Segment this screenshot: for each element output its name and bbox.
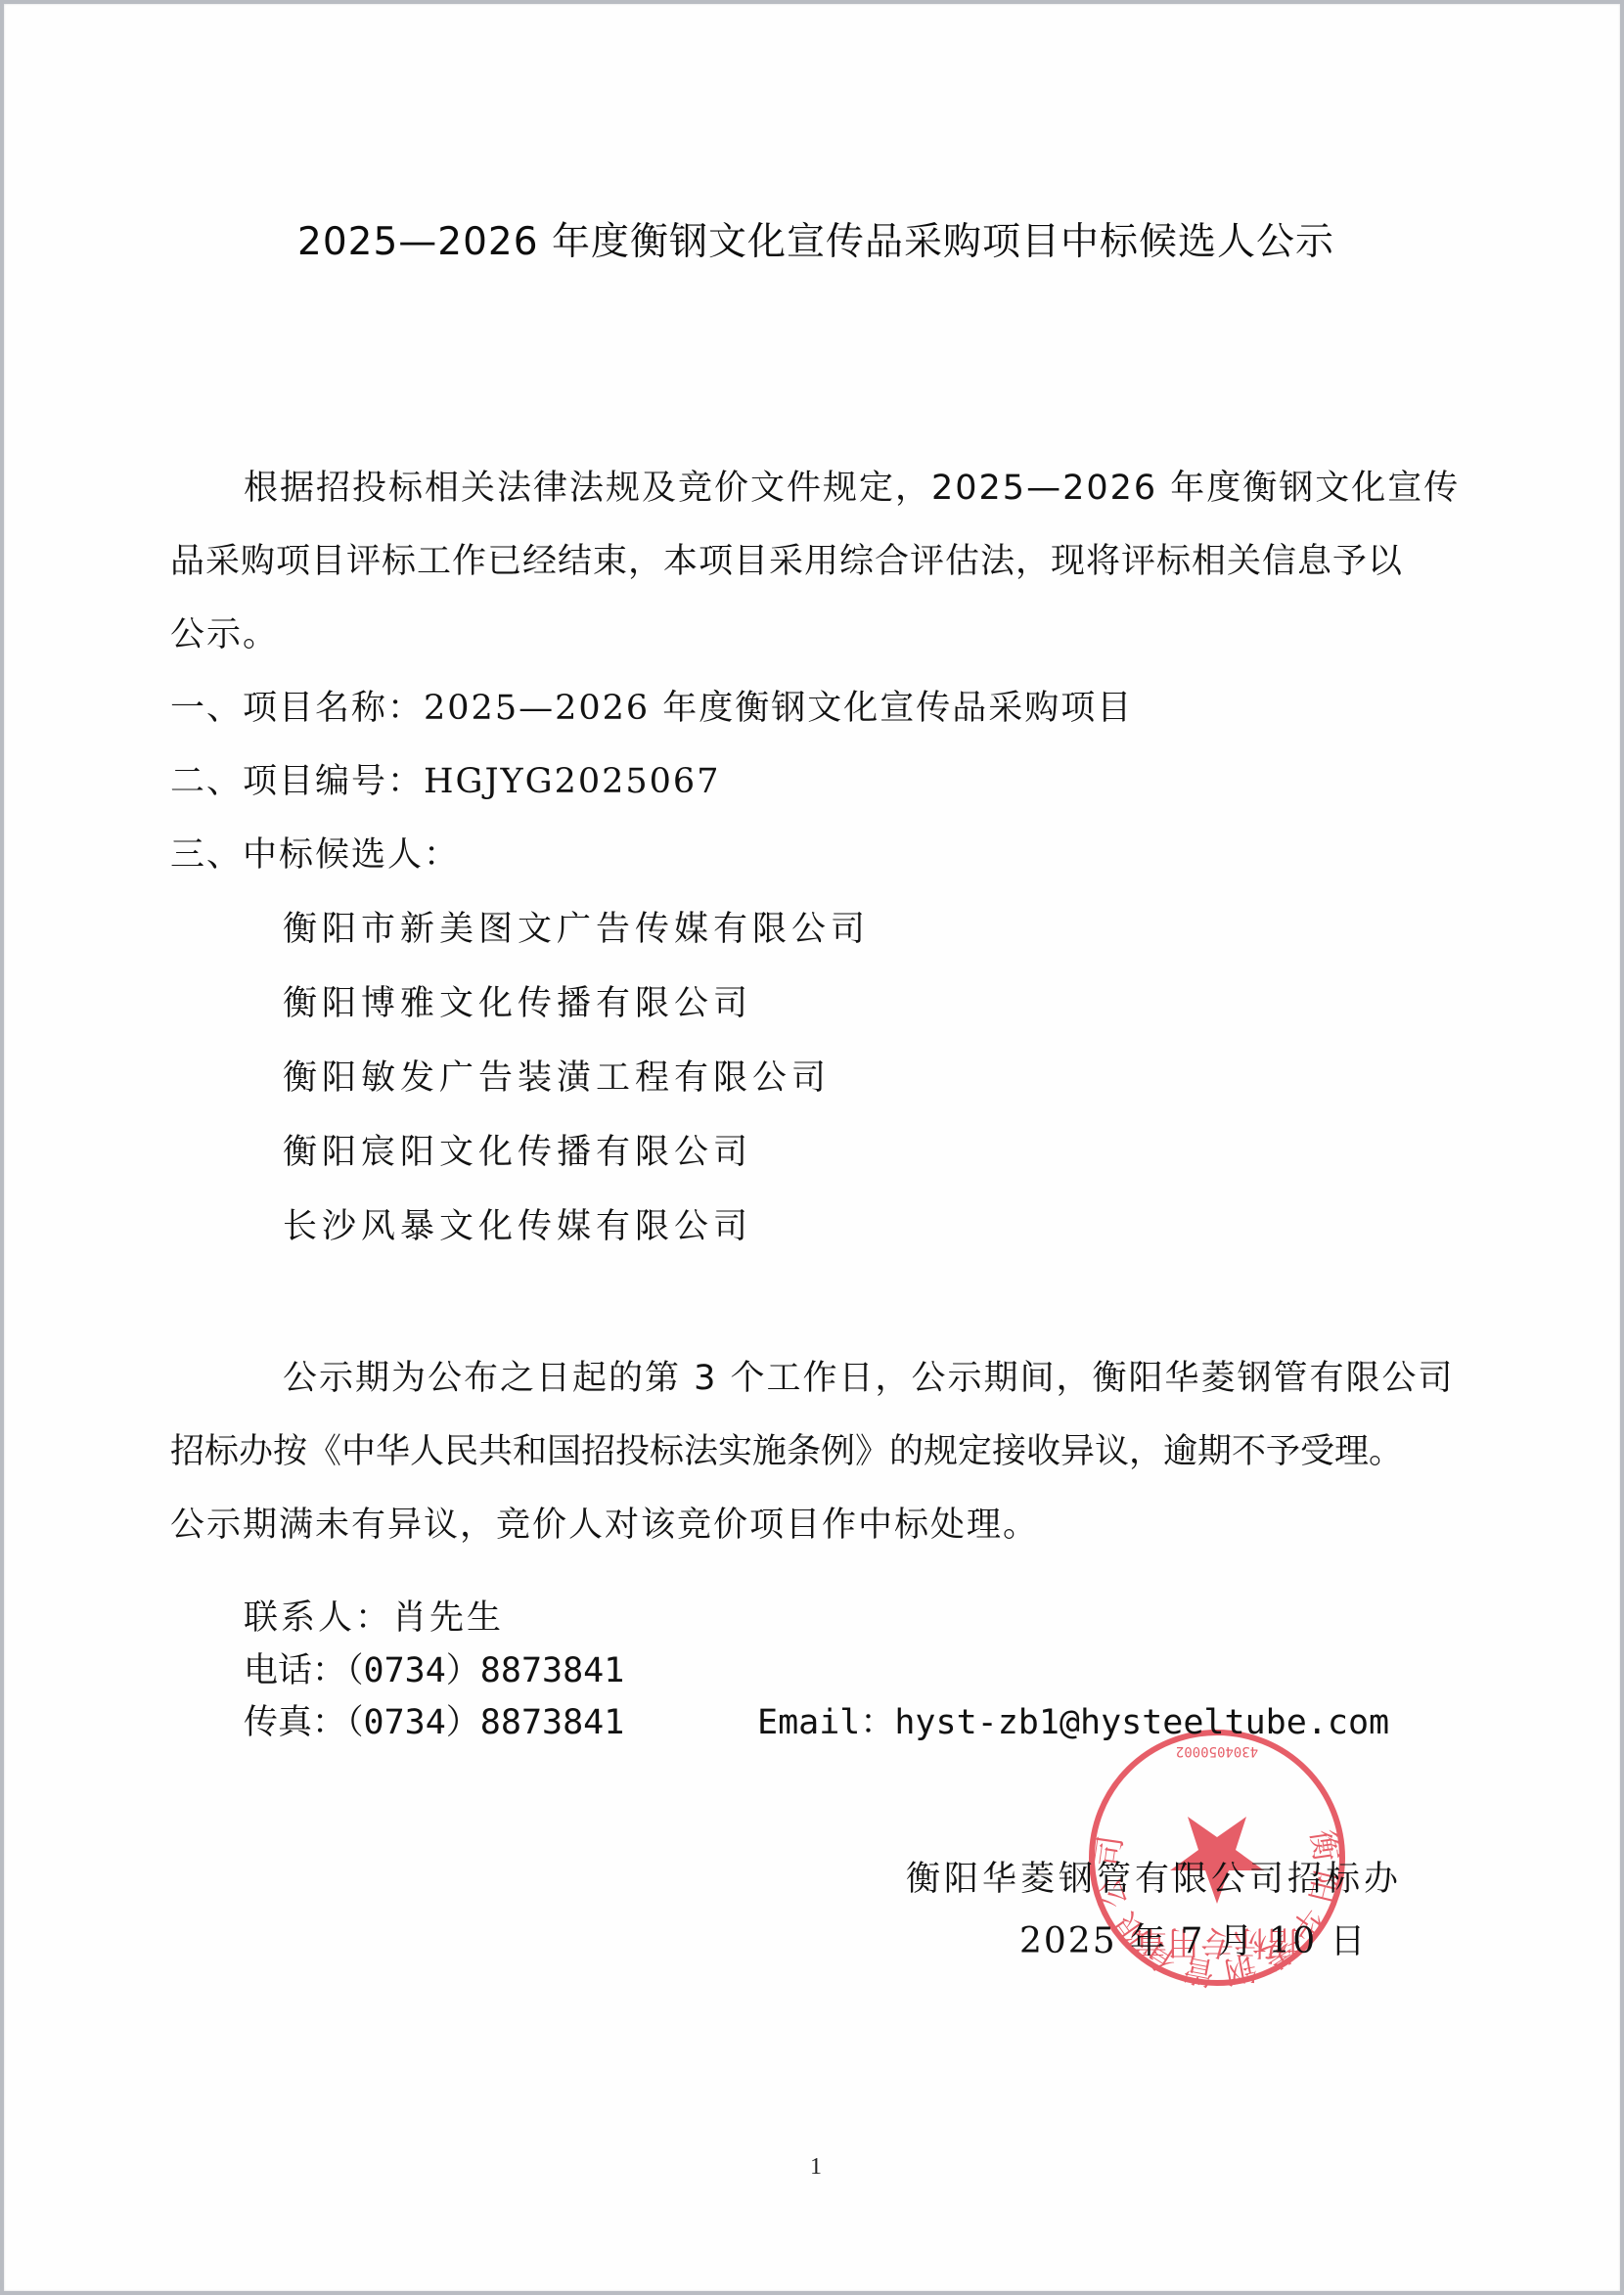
item-candidates-label: 三、中标候选人： [170,835,460,875]
contact-person-label: 联系人： [244,1598,392,1638]
candidate-item: 衡阳博雅文化传播有限公司 [283,987,752,1021]
item-project-number-label: 二、项目编号： [170,762,424,801]
notice-line-2: 招标办按《中华人民共和国招投标法实施条例》的规定接收异议，逾期不予受理。 [170,1435,1403,1469]
contact-email-label: Email： [757,1703,894,1742]
item-project-name-label: 一、项目名称： [170,689,424,728]
notice-line-1: 公示期为公布之日起的第 3 个工作日，公示期间，衡阳华菱钢管有限公司 [283,1362,1455,1396]
candidate-item: 衡阳宸阳文化传播有限公司 [283,1136,752,1170]
candidate-item: 衡阳敏发广告装潢工程有限公司 [283,1061,831,1096]
contact-email-value[interactable]: hyst-zb1@hysteeltube.com [894,1703,1389,1742]
intro-line-1: 根据招投标相关法律法规及竞价文件规定，2025—2026 年度衡钢文化宣传 [244,472,1460,506]
contact-fax-label: 传真： [244,1703,346,1742]
item-project-name: 一、项目名称：2025—2026 年度衡钢文化宣传品采购项目 [170,692,1133,726]
item-candidates-heading: 三、中标候选人： [170,838,460,873]
document-page: 2025—2026 年度衡钢文化宣传品采购项目中标候选人公示 根据招投标相关法律… [4,4,1620,2291]
contact-phone-label: 电话： [244,1651,346,1690]
contact-fax: 传真：（0734）8873841 [244,1706,624,1740]
signature-date: 2025 年 7 月 10 日 [1019,1924,1368,1959]
intro-line-2: 品采购项目评标工作已经结束，本项目采用综合评估法，现将评标相关信息予以 [170,545,1403,579]
contact-phone: 电话：（0734）8873841 [244,1654,624,1688]
candidate-item: 衡阳市新美图文广告传媒有限公司 [283,913,870,947]
contact-person: 联系人：肖先生 [244,1601,504,1636]
seal-serial: 4304050002 [1176,1743,1258,1759]
item-project-number: 二、项目编号：HGJYG2025067 [170,765,720,799]
notice-line-3: 公示期满未有异议，竞价人对该竞价项目作中标处理。 [170,1508,1039,1543]
contact-phone-value: （0734）8873841 [346,1651,624,1690]
contact-fax-value: （0734）8873841 [346,1703,624,1742]
item-project-name-value: 2025—2026 年度衡钢文化宣传品采购项目 [424,689,1133,728]
item-project-number-value: HGJYG2025067 [424,762,720,801]
contact-person-value: 肖先生 [392,1598,504,1638]
document-title: 2025—2026 年度衡钢文化宣传品采购项目中标候选人公示 [4,211,1624,266]
intro-line-3: 公示。 [170,618,279,652]
signature-organization: 衡阳华菱钢管有限公司招标办 [906,1863,1402,1897]
contact-email: Email：hyst-zb1@hysteeltube.com [757,1706,1389,1740]
page-number: 1 [810,2154,822,2181]
candidate-item: 长沙风暴文化传媒有限公司 [283,1210,752,1244]
